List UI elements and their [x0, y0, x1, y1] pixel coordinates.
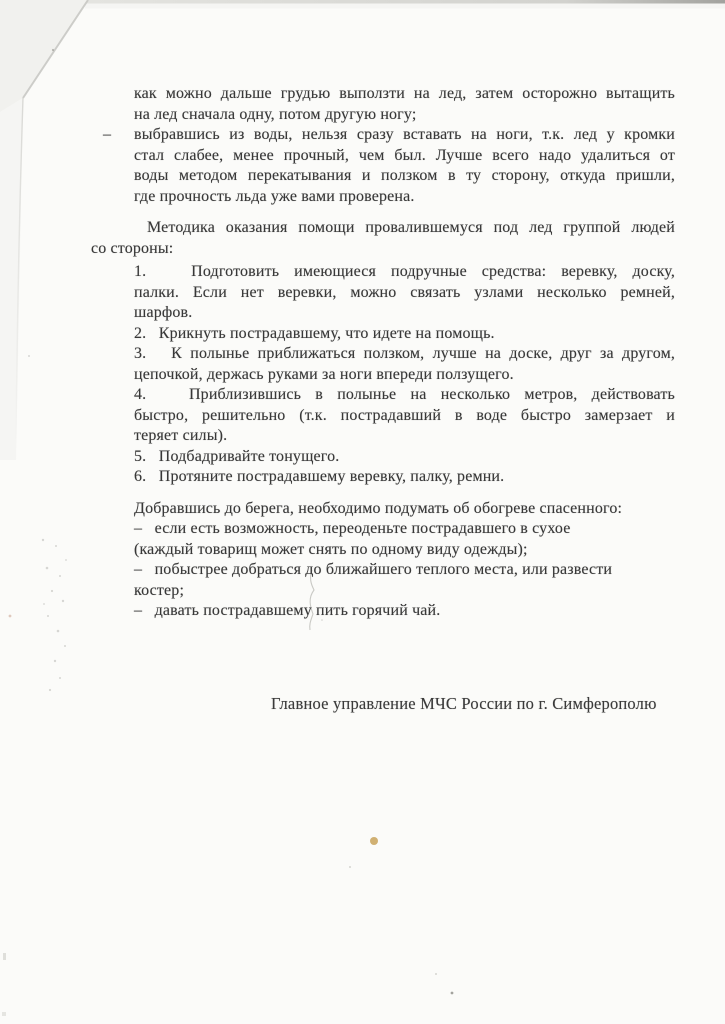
text-line: теряет силы). [134, 426, 675, 447]
text-line: выбравшись из воды, нельзя сразу встават… [134, 125, 675, 146]
text-line: – давать пострадавшему пить горячий чай. [134, 601, 675, 622]
signature-line: Главное управление МЧС России по г. Симф… [271, 694, 657, 714]
text-line: 5. Подбадривайте тонущего. [134, 447, 675, 468]
text-line: где прочность льда уже вами проверена. [134, 187, 675, 208]
text-line: 2. Крикнуть пострадавшему, что идете на … [134, 324, 675, 345]
dash-bullet: – [103, 125, 111, 146]
numbered-item-4: 4. Приблизившись в полынье на несколько … [134, 385, 675, 447]
red-speck [9, 615, 12, 618]
stain-dot [370, 837, 378, 845]
text-line: быстро, решительно (т.к. пострадавший в … [134, 406, 675, 427]
text-line: костер; [134, 581, 675, 602]
document-text: как можно дальше грудью выползти на лед,… [134, 84, 675, 622]
text-line: Методика оказания помощи провалившемуся … [91, 218, 675, 239]
text-line: палки. Если нет веревки, можно связать у… [134, 283, 675, 304]
text-line: (каждый товарищ может снять по одному ви… [134, 540, 675, 561]
text-line: воды методом перекатывания и ползком в т… [134, 166, 675, 187]
numbered-item-3: 3. К полынье приближаться ползком, лучше… [134, 344, 675, 385]
text-line: со стороны: [91, 239, 675, 260]
scanned-page: как можно дальше грудью выползти на лед,… [0, 0, 725, 1024]
text-line: 6. Протяните пострадавшему веревку, палк… [134, 467, 675, 488]
paragraph-warming: Добравшись до берега, необходимо подумат… [134, 499, 675, 622]
text-line: – побыстрее добраться до ближайшего тепл… [134, 560, 675, 581]
text-line: 1. Подготовить имеющиеся подручные средс… [134, 262, 675, 283]
numbered-item-1: 1. Подготовить имеющиеся подручные средс… [134, 262, 675, 324]
text-line: 3. К полынье приближаться ползком, лучше… [134, 344, 675, 365]
page-left-edge [16, 98, 23, 450]
text-line: Добравшись до берега, необходимо подумат… [134, 499, 675, 520]
fold-crease [23, 0, 88, 98]
text-line: шарфов. [134, 303, 675, 324]
numbered-item-2: 2. Крикнуть пострадавшему, что идете на … [134, 324, 675, 345]
text-line: как можно дальше грудью выползти на лед,… [134, 84, 675, 105]
text-line: 4. Приблизившись в полынье на несколько … [134, 385, 675, 406]
paragraph-metodika: Методика оказания помощи провалившемуся … [91, 218, 675, 259]
numbered-item-5: 5. Подбадривайте тонущего. [134, 447, 675, 468]
corner-fold [0, 0, 88, 112]
text-line: стал слабее, менее прочный, чем был. Луч… [134, 146, 675, 167]
margin-speckles [42, 539, 67, 691]
numbered-item-6: 6. Протяните пострадавшему веревку, палк… [134, 467, 675, 488]
dash-item: – выбравшись из воды, нельзя сразу встав… [134, 125, 675, 207]
paragraph-continuation: как можно дальше грудью выползти на лед,… [134, 84, 675, 125]
top-edge-shadow [85, 0, 725, 4]
text-line: цепочкой, держась руками за ноги впереди… [134, 365, 675, 386]
text-line: на лед сначала одну, потом другую ногу; [134, 105, 675, 126]
text-line: – если есть возможность, переоденьте пос… [134, 519, 675, 540]
